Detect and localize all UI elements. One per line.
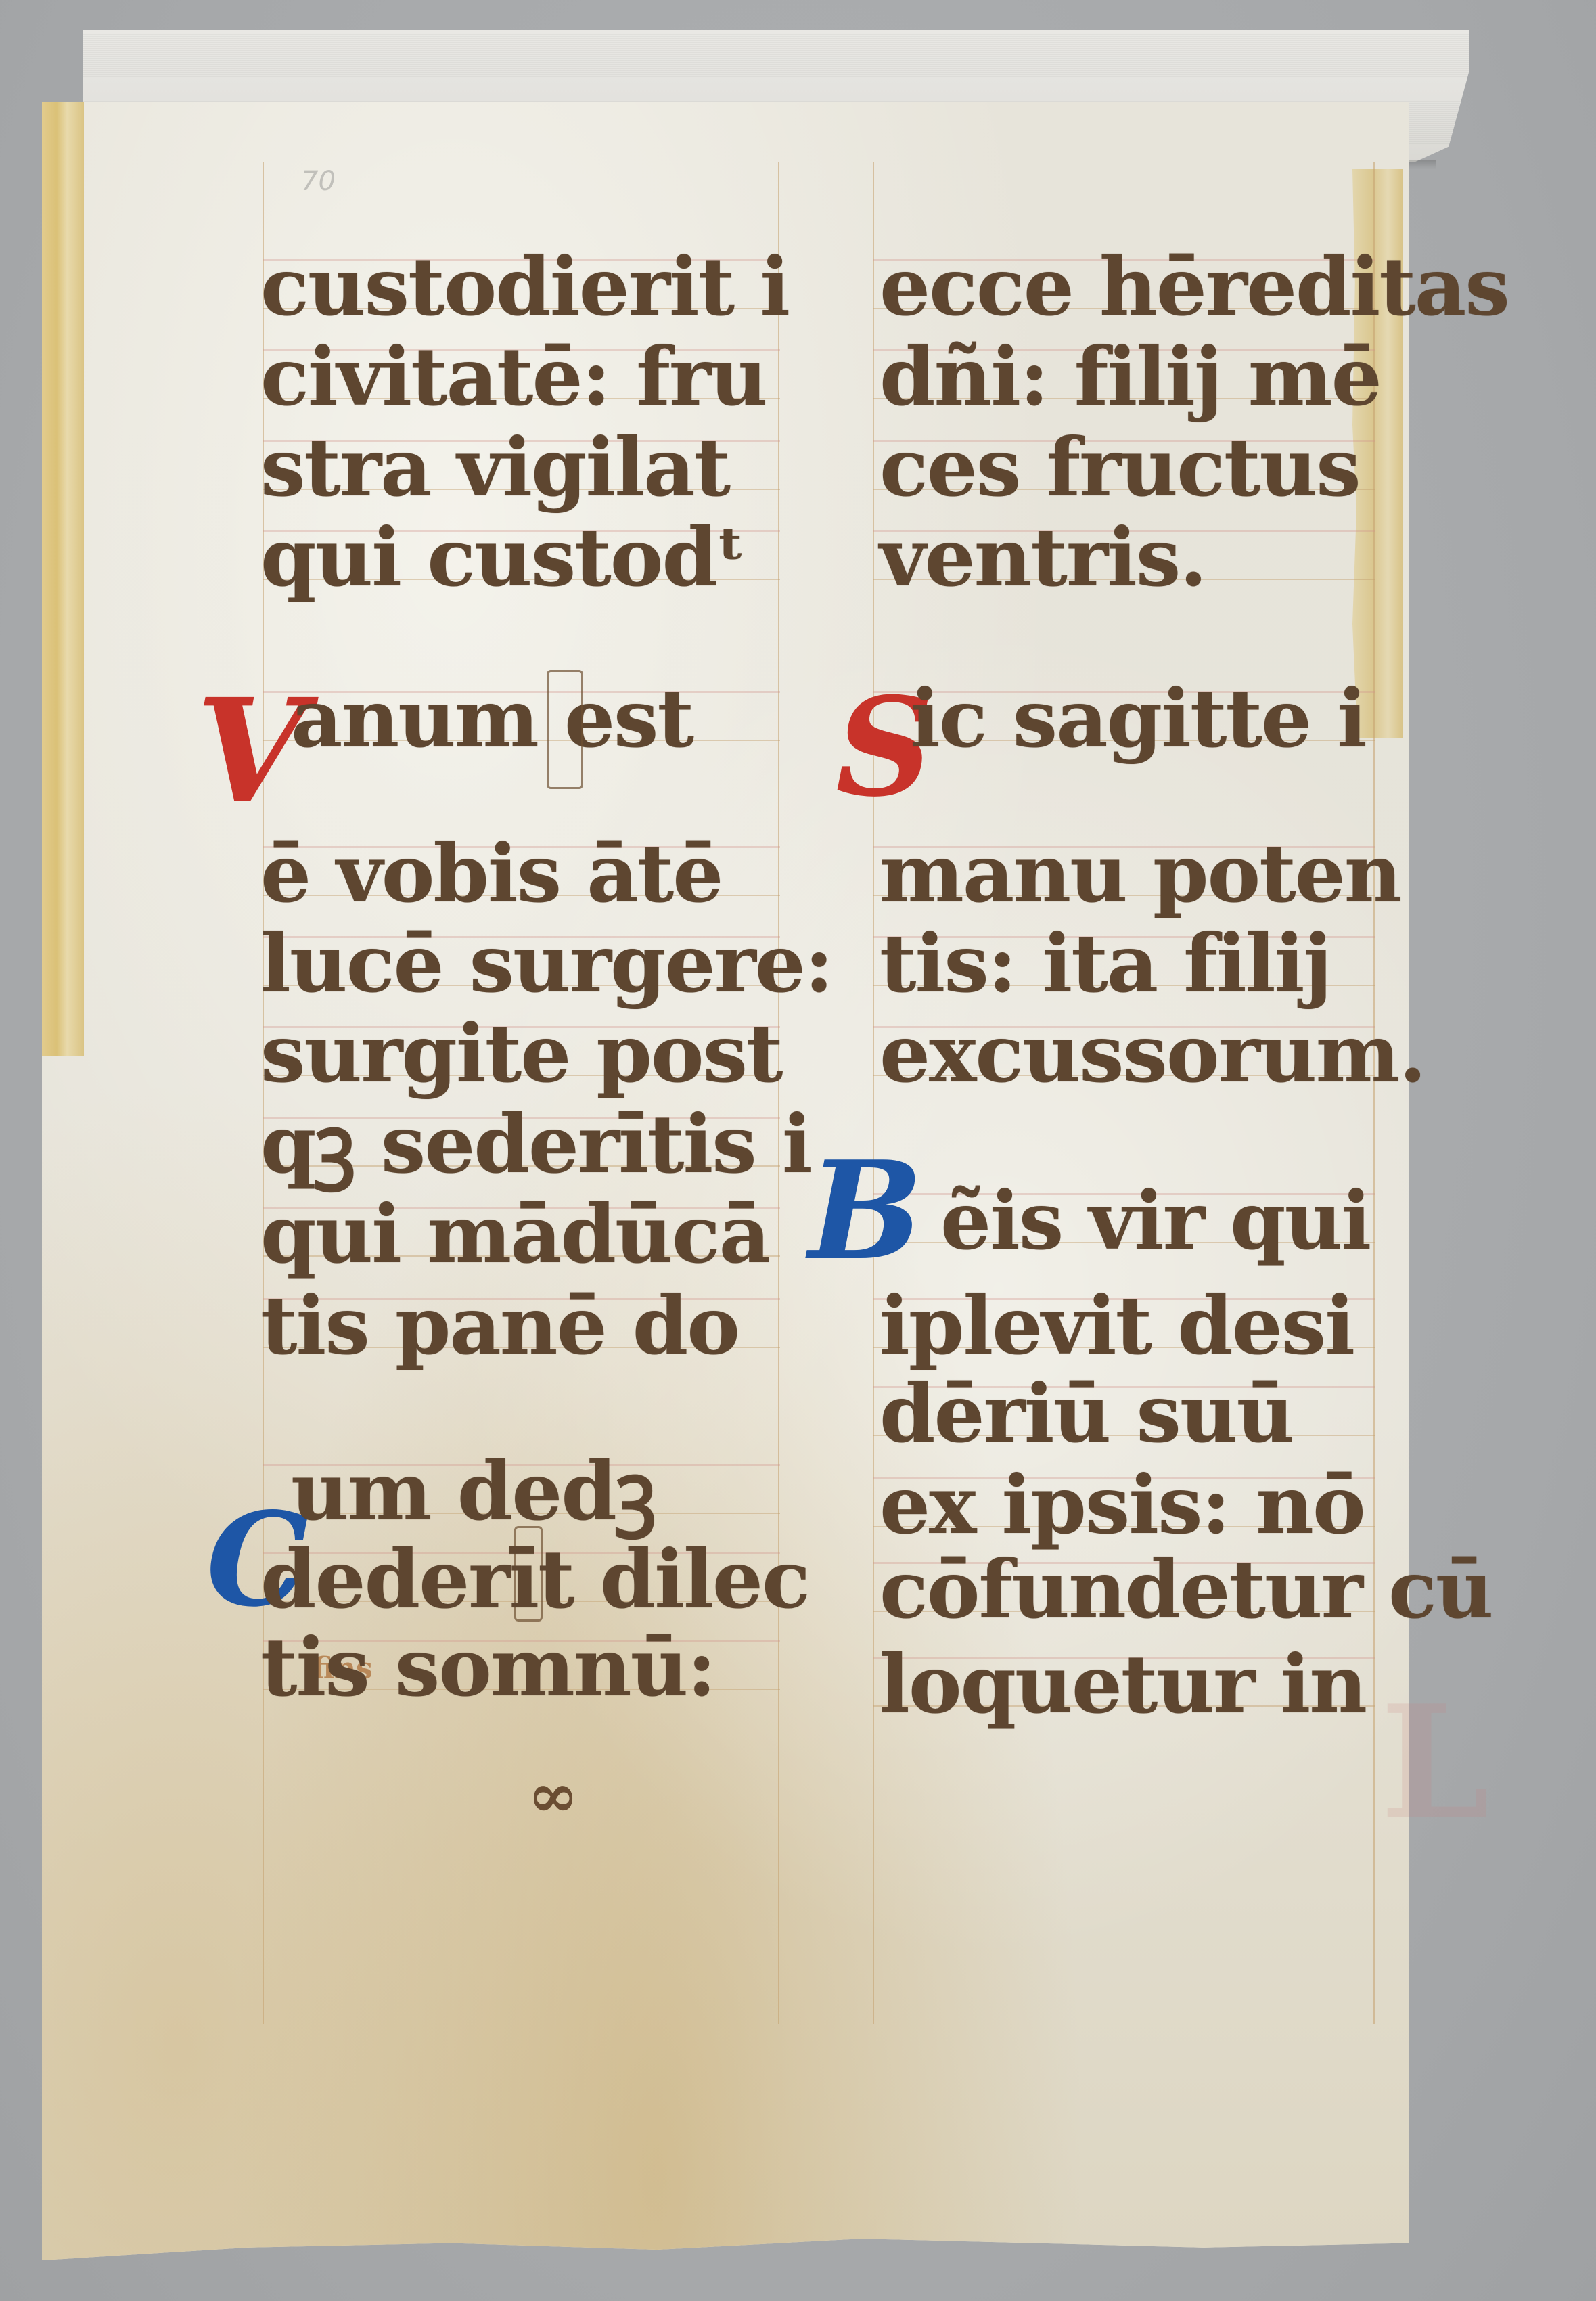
text-line: qui mādūcā (260, 1194, 769, 1274)
text-line: ecce hēreditas (880, 247, 1509, 327)
text-line: um dedꝫ (291, 1452, 655, 1532)
text-line: ventris. (880, 518, 1206, 598)
text-line: surgite post (260, 1014, 782, 1094)
text-line: ic sagitte i (910, 679, 1366, 759)
pencil-folio-number: 70 (301, 166, 336, 197)
penwork-flourish: ∞ (528, 1760, 578, 1831)
text-line: dēriū suū (880, 1374, 1293, 1454)
cadel-initial-i (547, 670, 583, 789)
text-line: tis somnū: (260, 1628, 715, 1707)
text-line: cōfundetur cū (880, 1550, 1492, 1630)
text-line: loquetur in (880, 1645, 1366, 1724)
text-line: tis panē do (260, 1286, 739, 1366)
text-line: manu poten (880, 834, 1401, 914)
blue-initial-b: B (808, 1144, 923, 1279)
text-line: excussorum. (880, 1014, 1426, 1094)
text-line: custodierit i (260, 247, 789, 327)
text-line: ex ipsis: nō (880, 1465, 1365, 1545)
text-line: dñi: filij mē (880, 337, 1381, 417)
text-line: anum est (291, 679, 693, 759)
text-line: ē vobis ātē (260, 834, 722, 914)
text-line: qui custodᵗ (260, 518, 745, 598)
red-initial-v: V (196, 680, 306, 822)
text-line: lucē surgere: (260, 924, 832, 1004)
text-line: iplevit desi (880, 1286, 1354, 1366)
show-through-initial: L (1380, 1672, 1490, 1854)
text-line: dederīt dilec (260, 1540, 809, 1619)
text-line: ẽis vir qui (940, 1181, 1370, 1261)
text-line: civitatē: fru (260, 337, 767, 417)
text-line: ces fructus (880, 428, 1360, 508)
left-stained-edge (42, 102, 84, 1056)
text-line: tis: ita filij (880, 924, 1331, 1004)
text-line: qꝫ sederītis i (260, 1104, 811, 1184)
text-line: stra vigilat (260, 428, 729, 508)
